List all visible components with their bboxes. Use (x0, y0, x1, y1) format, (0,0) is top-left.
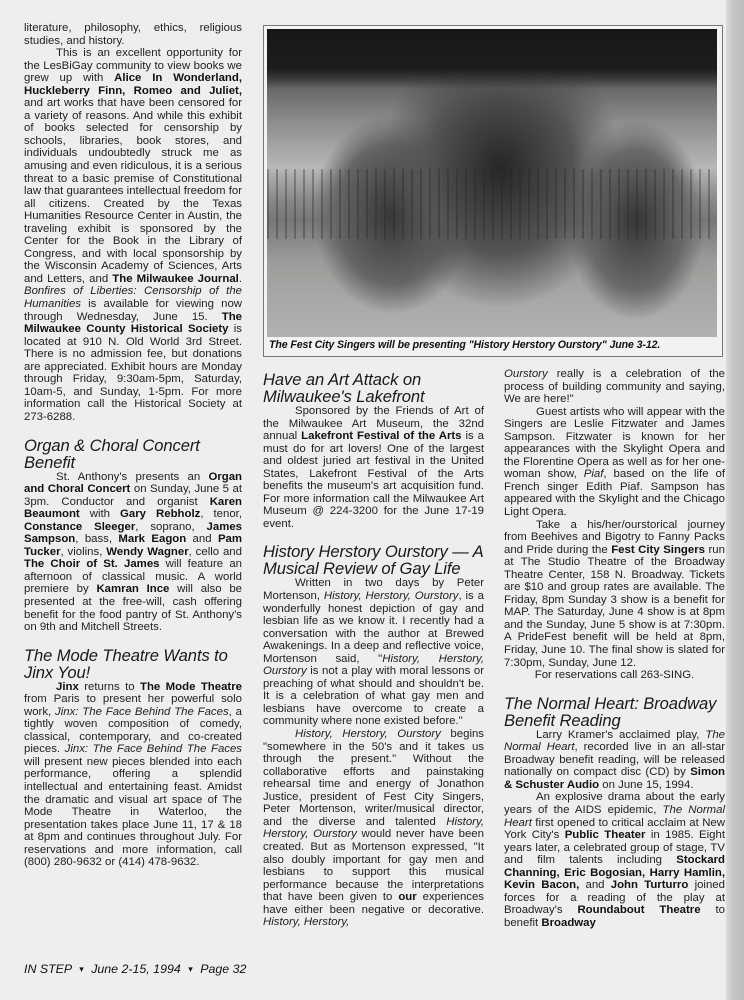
article-history-herstory-continued: Ourstory really is a celebration of the … (504, 368, 725, 682)
column-2: Have an Art Attack on Milwaukee's Lakefr… (263, 371, 484, 929)
paragraph: An explosive drama about the early years… (504, 791, 725, 929)
column-1: literature, philosophy, ethics, religiou… (24, 22, 242, 869)
issue-date: June 2-15, 1994 (91, 962, 181, 976)
headline-organ-choral: Organ & Choral Concert Benefit (24, 437, 242, 471)
triangle-separator-icon: ▾ (79, 964, 84, 974)
paragraph: Sponsored by the Friends of Art of the M… (263, 405, 484, 530)
paragraph: Larry Kramer's acclaimed play, The Norma… (504, 729, 725, 792)
paragraph: Take a his/her/ourstorical journey from … (504, 519, 725, 670)
paragraph: For reservations call 263-SING. (504, 669, 725, 682)
article-art-attack: Sponsored by the Friends of Art of the M… (263, 405, 484, 530)
article-normal-heart: Larry Kramer's acclaimed play, The Norma… (504, 729, 725, 930)
page-footer: IN STEP ▾ June 2-15, 1994 ▾ Page 32 (24, 962, 246, 976)
newspaper-page: literature, philosophy, ethics, religiou… (0, 0, 726, 1000)
article-bonfires-continued: literature, philosophy, ethics, religiou… (24, 22, 242, 424)
headline-history-herstory: History Herstory Ourstory — A Musical Re… (263, 543, 484, 577)
paragraph: Guest artists who will appear with the S… (504, 406, 725, 519)
paragraph: This is an excellent opportunity for the… (24, 47, 242, 423)
paragraph: literature, philosophy, ethics, religiou… (24, 22, 242, 47)
article-history-herstory: Written in two days by Peter Mortenson, … (263, 577, 484, 928)
article-organ-choral: St. Anthony's presents an Organ and Chor… (24, 471, 242, 634)
photo-caption: The Fest City Singers will be presenting… (269, 339, 717, 351)
paragraph: Ourstory really is a celebration of the … (504, 368, 725, 406)
paragraph: History, Herstory, Ourstory begins "some… (263, 728, 484, 929)
headline-normal-heart: The Normal Heart: Broadway Benefit Readi… (504, 695, 725, 729)
group-photo (267, 29, 717, 337)
publication-name: IN STEP (24, 962, 72, 976)
headline-mode-theatre: The Mode Theatre Wants to Jinx You! (24, 647, 242, 681)
triangle-separator-icon: ▾ (188, 964, 193, 974)
scan-edge (726, 0, 744, 1000)
paragraph: Written in two days by Peter Mortenson, … (263, 577, 484, 728)
column-3: Ourstory really is a celebration of the … (504, 368, 725, 929)
page-number: Page 32 (200, 962, 246, 976)
paragraph: St. Anthony's presents an Organ and Chor… (24, 471, 242, 634)
headline-art-attack: Have an Art Attack on Milwaukee's Lakefr… (263, 371, 484, 405)
paragraph: Jinx returns to The Mode Theatre from Pa… (24, 681, 242, 869)
photo-frame: The Fest City Singers will be presenting… (263, 25, 723, 357)
article-mode-theatre: Jinx returns to The Mode Theatre from Pa… (24, 681, 242, 869)
